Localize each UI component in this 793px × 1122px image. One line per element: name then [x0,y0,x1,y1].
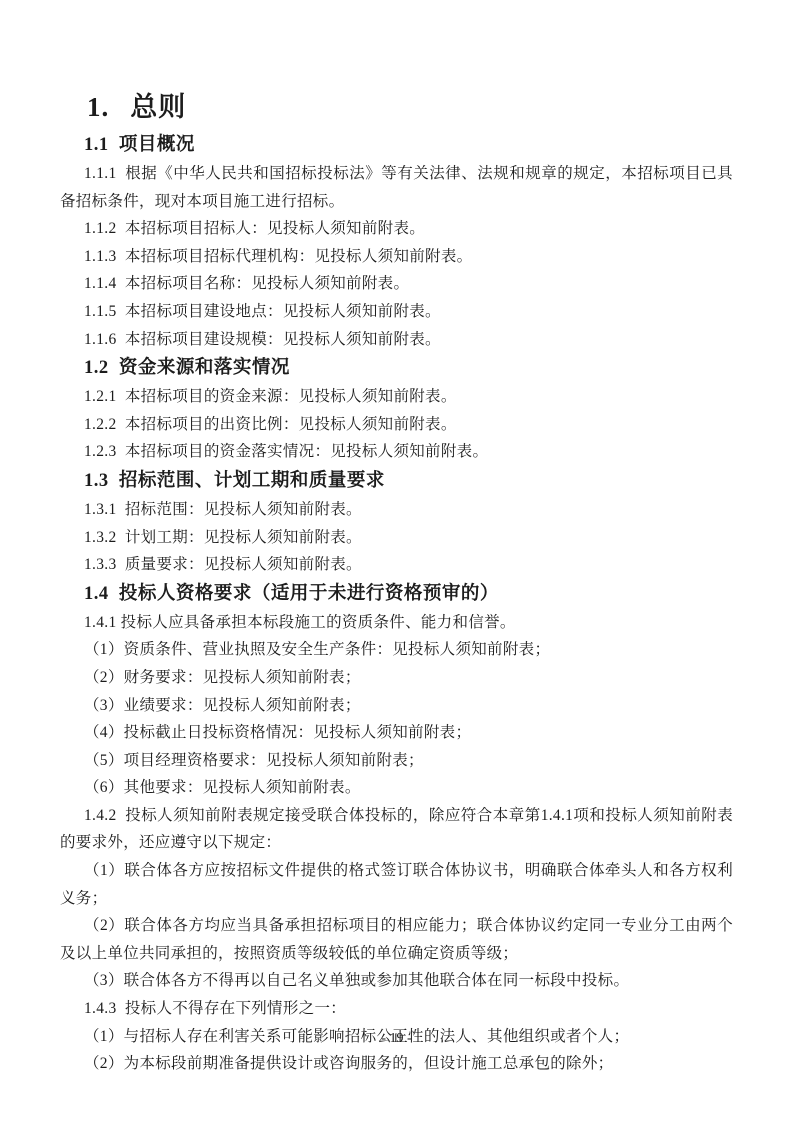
document-page: 1. 总则 1.1 项目概况 1.1.1 根据《中华人民共和国招标投标法》等有关… [0,0,793,1122]
clause-1-2-2: 1.2.2 本招标项目的出资比例：见投标人须知前附表。 [60,411,733,439]
clause-1-3-3: 1.3.3 质量要求：见投标人须知前附表。 [60,551,733,579]
clause-1-4-3: 1.4.3 投标人不得存在下列情形之一： [60,995,733,1023]
clause-1-1-6: 1.1.6 本招标项目建设规模：见投标人须知前附表。 [60,326,733,354]
clause-1-4-2: 1.4.2 投标人须知前附表规定接受联合体投标的，除应符合本章第1.4.1项和投… [60,802,733,857]
heading-1-4: 1.4 投标人资格要求（适用于未进行资格预审的） [60,579,733,609]
clause-1-1-3: 1.1.3 本招标项目招标代理机构：见投标人须知前附表。 [60,243,733,271]
clause-1-1-4: 1.1.4 本招标项目名称：见投标人须知前附表。 [60,270,733,298]
document-content: 1. 总则 1.1 项目概况 1.1.1 根据《中华人民共和国招标投标法》等有关… [60,90,733,1078]
heading-1-2: 1.2 资金来源和落实情况 [60,353,733,383]
clause-1-3-1: 1.3.1 招标范围：见投标人须知前附表。 [60,496,733,524]
chapter-title-text: 总则 [130,90,186,124]
clause-1-2-1: 1.2.1 本招标项目的资金来源：见投标人须知前附表。 [60,383,733,411]
clause-1-4-1-item-2: （2）财务要求：见投标人须知前附表； [60,664,733,692]
heading-1-3: 1.3 招标范围、计划工期和质量要求 [60,466,733,496]
page-number: - 19 - [0,1031,793,1047]
clause-1-4-2-item-1: （1）联合体各方应按招标文件提供的格式签订联合体协议书，明确联合体牵头人和各方权… [60,857,733,912]
clause-1-1-5: 1.1.5 本招标项目建设地点：见投标人须知前附表。 [60,298,733,326]
clause-1-4-2-item-2: （2）联合体各方均应当具备承担招标项目的相应能力；联合体协议约定同一专业分工由两… [60,912,733,967]
clause-1-4-1-item-3: （3）业绩要求：见投标人须知前附表； [60,692,733,720]
clause-1-2-3: 1.2.3 本招标项目的资金落实情况：见投标人须知前附表。 [60,438,733,466]
clause-1-1-2: 1.1.2 本招标项目招标人：见投标人须知前附表。 [60,215,733,243]
clause-1-1-1: 1.1.1 根据《中华人民共和国招标投标法》等有关法律、法规和规章的规定，本招标… [60,160,733,215]
clause-1-4-3-item-2: （2）为本标段前期准备提供设计或咨询服务的，但设计施工总承包的除外； [60,1050,733,1078]
heading-1-1: 1.1 项目概况 [60,130,733,160]
clause-1-4-1-item-5: （5）项目经理资格要求：见投标人须知前附表； [60,747,733,775]
clause-1-4-1-item-1: （1）资质条件、营业执照及安全生产条件：见投标人须知前附表； [60,636,733,664]
clause-1-4-1-item-4: （4）投标截止日投标资格情况：见投标人须知前附表； [60,719,733,747]
clause-1-3-2: 1.3.2 计划工期：见投标人须知前附表。 [60,524,733,552]
clause-1-4-2-item-3: （3）联合体各方不得再以自己名义单独或参加其他联合体在同一标段中投标。 [60,967,733,995]
clause-1-4-1-item-6: （6）其他要求：见投标人须知前附表。 [60,774,733,802]
chapter-number: 1. [87,90,109,124]
clause-1-4-1: 1.4.1 投标人应具备承担本标段施工的资质条件、能力和信誉。 [60,609,733,637]
chapter-heading: 1. 总则 [87,90,733,124]
